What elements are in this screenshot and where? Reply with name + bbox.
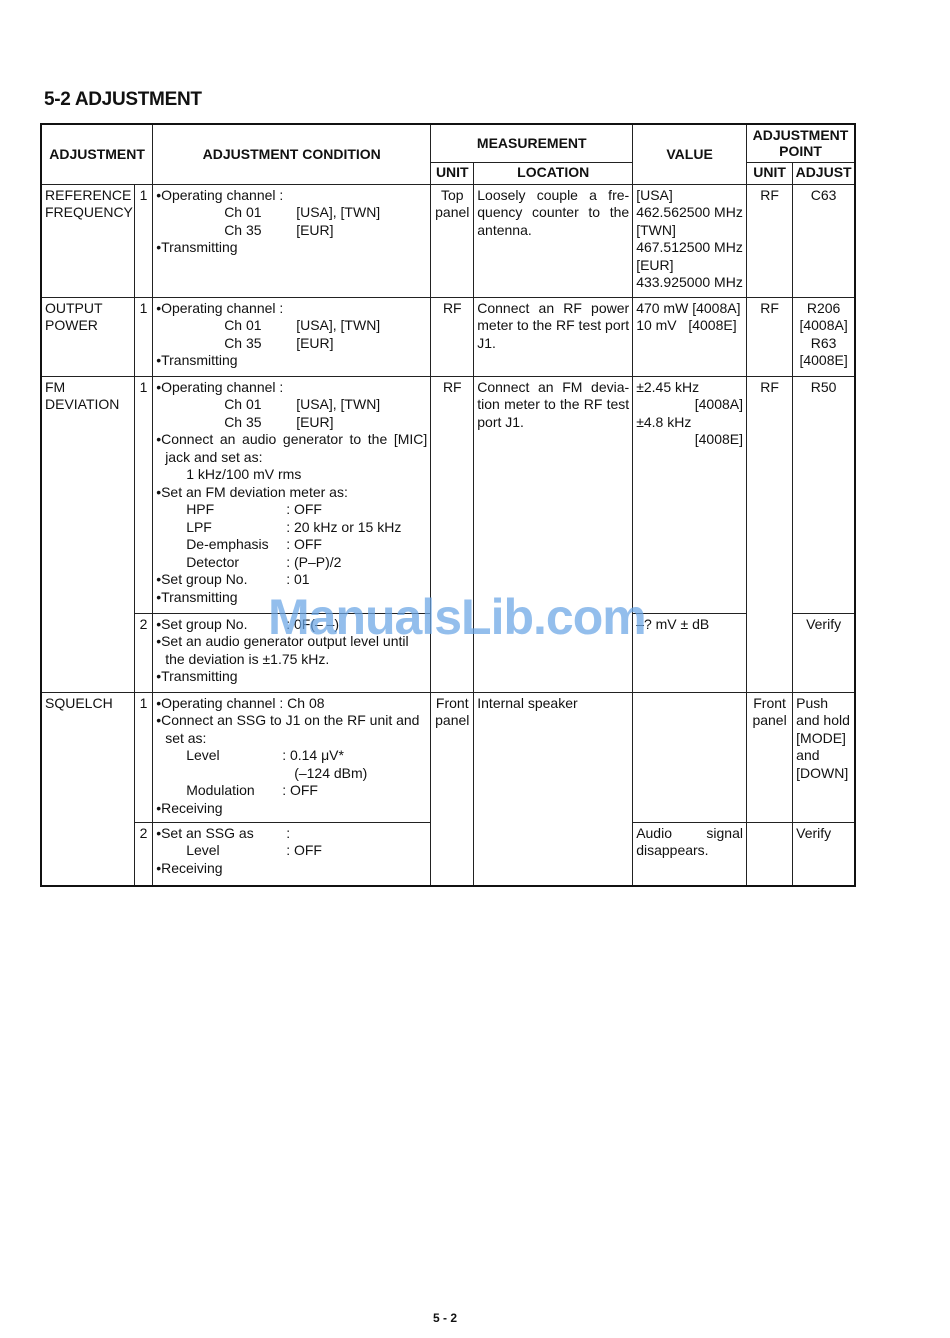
value: 470 mW [4008A] 10 mV [4008E] [633,297,747,376]
measurement-unit: RF [431,376,474,692]
step-number: 1 [134,297,152,376]
adjustment-table: ADJUSTMENT ADJUSTMENT CONDITION MEASUREM… [40,123,856,887]
step-number: 1 [134,692,152,822]
header-point-unit: UNIT [747,162,793,184]
point-adjust: R50 [793,376,855,613]
header-point-adjust: ADJUST [793,162,855,184]
adjustment-condition: Set an SSG as: Level: OFF Receiving [153,822,431,886]
adjustment-name: SQUELCH [41,692,134,886]
adjustment-condition: Set group No.: 0F(– –) Set an audio gene… [153,613,431,692]
adjustment-condition: Operating channel : Ch 01[USA], [TWN] Ch… [153,297,431,376]
measurement-location: Connect an FM devia-tion meter to the RF… [474,376,633,692]
adjustment-name: REFERENCE FREQUENCY [41,184,134,297]
step-number: 2 [134,822,152,886]
header-adjustment-point: ADJUSTMENT POINT [747,124,856,162]
header-measurement-unit: UNIT [431,162,474,184]
point-adjust: C63 [793,184,855,297]
header-location: LOCATION [474,162,633,184]
measurement-location: Internal speaker [474,692,633,886]
step-number: 2 [134,613,152,692]
table-row: REFERENCE FREQUENCY 1 Operating channel … [41,184,855,297]
value: ±2.45 kHz [4008A] ±4.8 kHz [4008E] [633,376,747,613]
value [633,692,747,822]
measurement-unit: RF [431,297,474,376]
point-unit: RF [747,184,793,297]
point-unit: Front panel [747,692,793,822]
step-number: 1 [134,184,152,297]
header-measurement: MEASUREMENT [431,124,633,162]
measurement-unit: Top panel [431,184,474,297]
adjustment-name: OUTPUT POWER [41,297,134,376]
header-value: VALUE [633,124,747,184]
table-row: SQUELCH 1 Operating channel : Ch 08 Conn… [41,692,855,822]
measurement-unit: Front panel [431,692,474,886]
value: [USA] 462.562500 MHz [TWN] 467.512500 MH… [633,184,747,297]
page-number: 5 - 2 [433,1311,457,1325]
point-unit: RF [747,376,793,692]
header-condition: ADJUSTMENT CONDITION [153,124,431,184]
adjustment-condition: Operating channel : Ch 01[USA], [TWN] Ch… [153,184,431,297]
point-adjust: Push and hold [MODE] and [DOWN] [793,692,855,822]
step-number: 1 [134,376,152,613]
value: Audio signal disappears. [633,822,747,886]
header-adjustment: ADJUSTMENT [41,124,153,184]
table-row: OUTPUT POWER 1 Operating channel : Ch 01… [41,297,855,376]
point-adjust: R206 [4008A] R63 [4008E] [793,297,855,376]
point-unit: RF [747,297,793,376]
adjustment-name: FM DEVIATION [41,376,134,692]
adjustment-condition: Operating channel : Ch 08 Connect an SSG… [153,692,431,822]
point-adjust: Verify [793,613,855,692]
value: –? mV ± dB [633,613,747,692]
adjustment-condition: Operating channel : Ch 01[USA], [TWN] Ch… [153,376,431,613]
measurement-location: Connect an RF power meter to the RF test… [474,297,633,376]
point-adjust: Verify [793,822,855,886]
point-unit [747,822,793,886]
table-row: FM DEVIATION 1 Operating channel : Ch 01… [41,376,855,613]
section-title: 5-2 ADJUSTMENT [44,89,202,111]
measurement-location: Loosely couple a fre-quency counter to t… [474,184,633,297]
